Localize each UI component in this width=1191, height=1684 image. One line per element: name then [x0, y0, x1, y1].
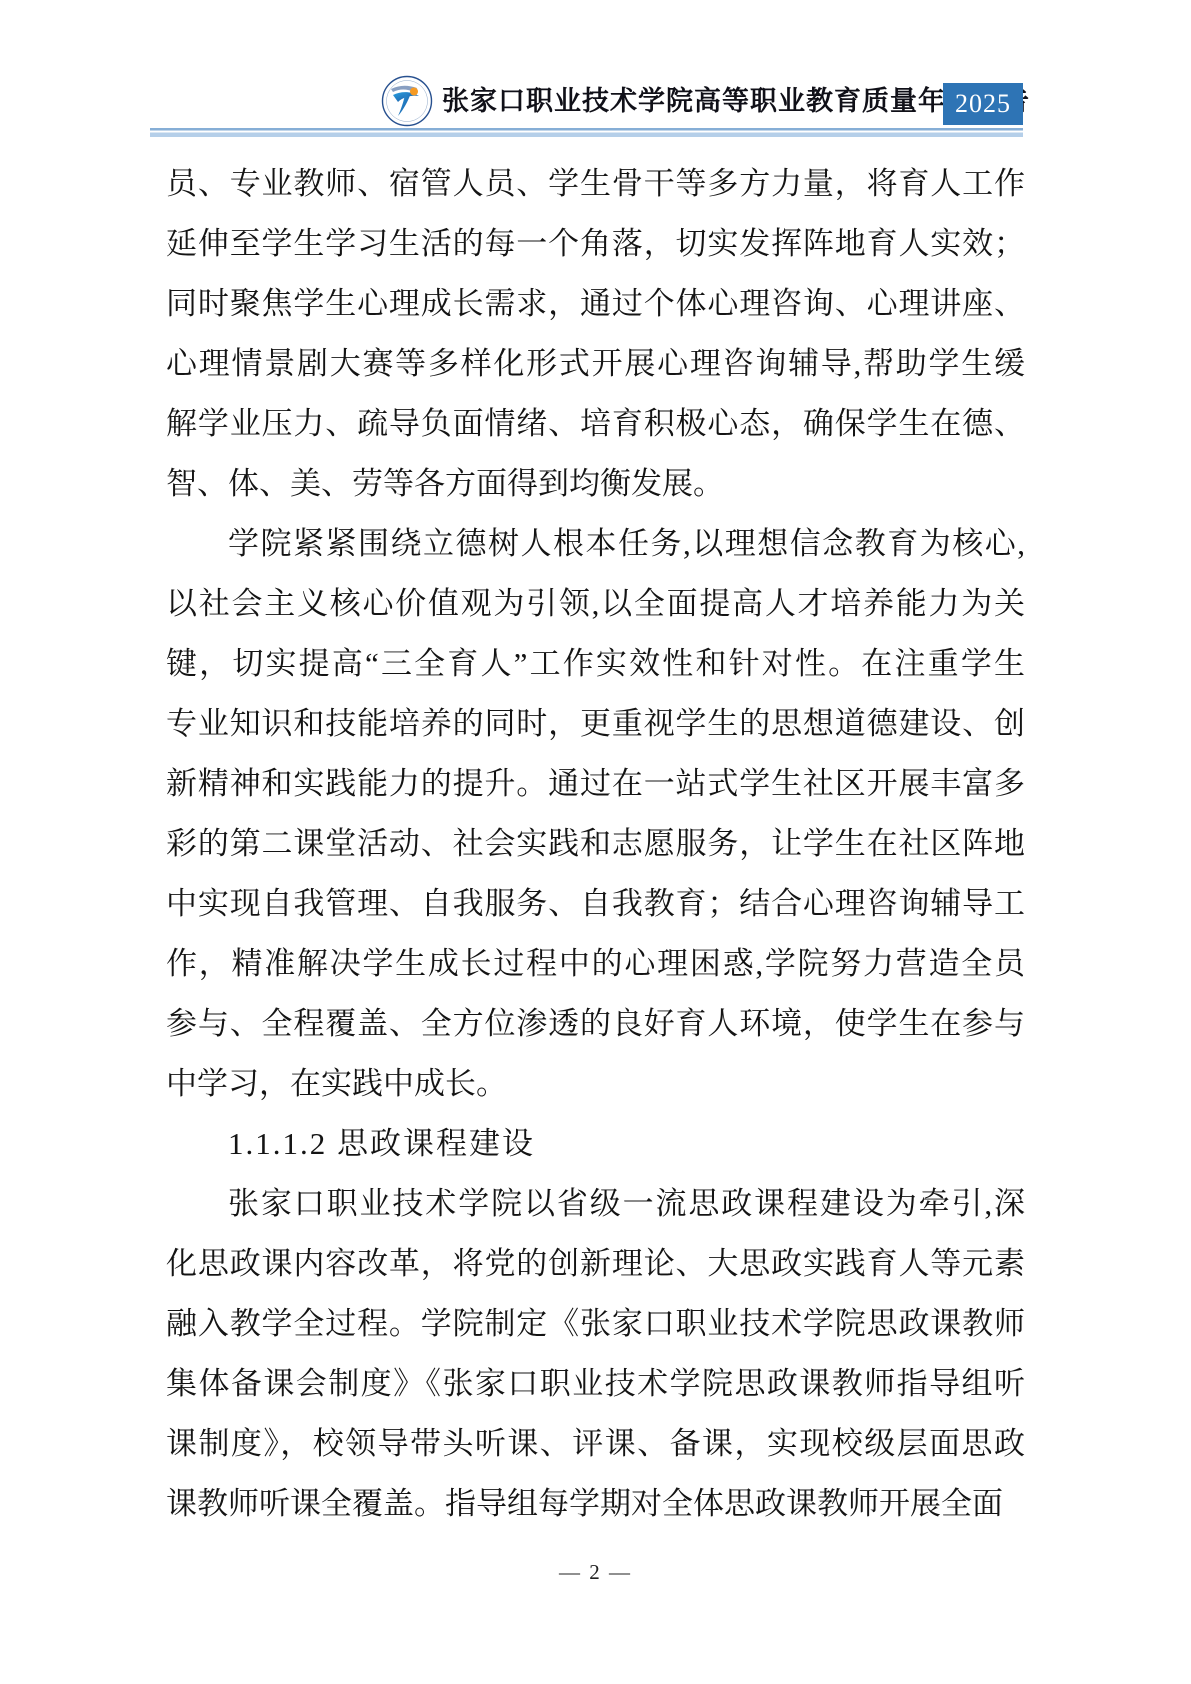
text-line: 学院紧紧围绕立德树人根本任务,以理想信念教育为核心, [166, 514, 1025, 574]
document-body: 员、专业教师、宿管人员、学生骨干等多方力量，将育人工作延伸至学生学习生活的每一个… [166, 154, 1025, 1534]
text-line: 课教师听课全覆盖。指导组每学期对全体思政课教师开展全面 [166, 1474, 1025, 1534]
text-line: 员、专业教师、宿管人员、学生骨干等多方力量，将育人工作 [166, 154, 1025, 214]
college-logo-icon [381, 75, 433, 127]
text-line: 中实现自我管理、自我服务、自我教育；结合心理咨询辅导工 [166, 874, 1025, 934]
text-line: 化思政课内容改革，将党的创新理论、大思政实践育人等元素 [166, 1234, 1025, 1294]
text-line: 以社会主义核心价值观为引领,以全面提高人才培养能力为关 [166, 574, 1025, 634]
document-page: 张家口职业技术学院高等职业教育质量年度报告 2025 员、专业教师、宿管人员、学… [0, 0, 1191, 1684]
text-line: 专业知识和技能培养的同时，更重视学生的思想道德建设、创 [166, 694, 1025, 754]
page-number: — 2 — [559, 1560, 632, 1584]
text-line: 延伸至学生学习生活的每一个角落，切实发挥阵地育人实效； [166, 214, 1025, 274]
text-line: 课制度》，校领导带头听课、评课、备课，实现校级层面思政 [166, 1414, 1025, 1474]
text-line: 解学业压力、疏导负面情绪、培育积极心态，确保学生在德、 [166, 394, 1025, 454]
text-line: 键，切实提高“三全育人”工作实效性和针对性。在注重学生 [166, 634, 1025, 694]
page-header: 张家口职业技术学院高等职业教育质量年度报告 2025 [0, 0, 1191, 140]
header-rule [150, 128, 1023, 137]
text-line: 作，精准解决学生成长过程中的心理困惑,学院努力营造全员 [166, 934, 1025, 994]
text-line: 同时聚焦学生心理成长需求，通过个体心理咨询、心理讲座、 [166, 274, 1025, 334]
text-line: 张家口职业技术学院以省级一流思政课程建设为牵引,深 [166, 1174, 1025, 1234]
text-line: 融入教学全过程。学院制定《张家口职业技术学院思政课教师 [166, 1294, 1025, 1354]
report-title: 张家口职业技术学院高等职业教育质量年度报告 [442, 86, 937, 116]
text-line: 参与、全程覆盖、全方位渗透的良好育人环境，使学生在参与 [166, 994, 1025, 1054]
text-line: 彩的第二课堂活动、社会实践和志愿服务，让学生在社区阵地 [166, 814, 1025, 874]
year-badge: 2025 [943, 83, 1023, 125]
page-footer: — 2 — [0, 1560, 1191, 1585]
section-heading: 1.1.1.2 思政课程建设 [166, 1114, 1025, 1174]
text-line: 智、体、美、劳等各方面得到均衡发展。 [166, 454, 1025, 514]
text-line: 集体备课会制度》《张家口职业技术学院思政课教师指导组听 [166, 1354, 1025, 1414]
text-line: 新精神和实践能力的提升。通过在一站式学生社区开展丰富多 [166, 754, 1025, 814]
text-line: 中学习，在实践中成长。 [166, 1054, 1025, 1114]
text-line: 心理情景剧大赛等多样化形式开展心理咨询辅导,帮助学生缓 [166, 334, 1025, 394]
